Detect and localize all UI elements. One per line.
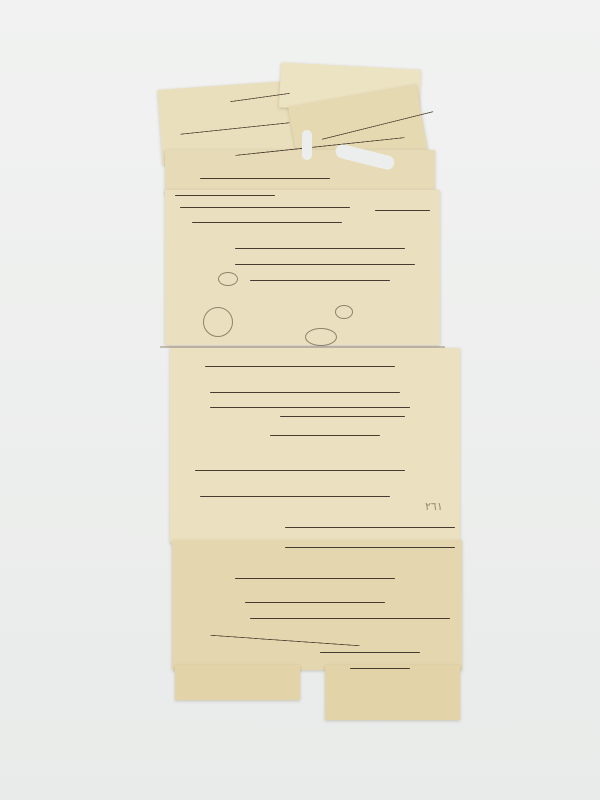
top-fragment-4 [165, 150, 435, 195]
ink-line [192, 222, 342, 223]
ink-line [320, 652, 420, 653]
ink-line [195, 470, 405, 471]
ink-line [210, 392, 400, 393]
ink-line [285, 527, 455, 528]
ink-line [280, 416, 405, 417]
ink-line [375, 210, 430, 211]
manuscript: ٢٦١ [0, 0, 600, 800]
torn-bottom-left [175, 665, 300, 700]
pen-sketch-figure [305, 328, 337, 346]
lower-panel [172, 540, 462, 670]
ink-line [250, 280, 390, 281]
ink-line [180, 207, 350, 208]
pen-sketch-sun [203, 307, 233, 337]
ink-line [205, 366, 395, 367]
middle-panel [170, 348, 460, 543]
ink-line [285, 547, 455, 548]
pen-sketch-cloud [218, 272, 238, 286]
ink-line [235, 264, 415, 265]
marginal-number: ٢٦١ [425, 500, 443, 513]
ink-line [210, 407, 410, 408]
ink-line [175, 195, 275, 196]
ink-line [200, 178, 330, 179]
ink-line [235, 578, 395, 579]
pen-sketch-figure [335, 305, 353, 319]
torn-bottom-right [325, 665, 460, 720]
ink-line [245, 602, 385, 603]
ink-line [200, 496, 390, 497]
ink-line [350, 668, 410, 669]
ink-line [270, 435, 380, 436]
ink-line [250, 618, 450, 619]
paper-tear-hole [302, 130, 312, 160]
ink-line [235, 248, 405, 249]
